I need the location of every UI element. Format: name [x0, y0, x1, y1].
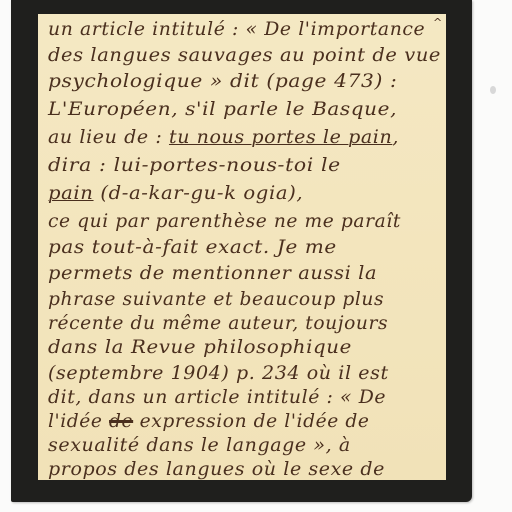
letter-line-3: psychologique » dit (page 473) : — [48, 70, 397, 92]
letter-line-10: permets de mentionner aussi la — [48, 262, 377, 284]
letter-line-7: pain (d-a-kar-gu-k ogia), — [48, 182, 303, 204]
letter-line-8: ce qui par parenthèse ne me paraît — [48, 210, 401, 232]
insertion-caret-mark: ^ — [433, 16, 442, 29]
letter-line-9: pas tout-à-fait exact. Je me — [48, 236, 337, 258]
line-5-suffix: , — [392, 126, 399, 148]
struck-out-word: de — [109, 410, 133, 432]
letter-line-6: dira : lui-portes-nous-toi le — [48, 154, 341, 176]
scanned-letter: ^ un article intitulé : « De l'importanc… — [0, 0, 512, 512]
letter-line-17: sexualité dans le langage », à — [48, 434, 351, 456]
letter-line-18: propos des langues où le sexe de — [48, 458, 385, 480]
letter-line-13: dans la Revue philosophique — [48, 336, 352, 358]
letter-paper: ^ un article intitulé : « De l'importanc… — [38, 14, 446, 480]
line-16-suffix: expression de l'idée de — [133, 410, 369, 432]
line-5-prefix: au lieu de : — [48, 126, 169, 148]
line-16-prefix: l'idée — [48, 410, 109, 432]
letter-line-16: l'idée de expression de l'idée de — [48, 410, 369, 432]
letter-line-1: un article intitulé : « De l'importance — [48, 18, 425, 40]
underlined-phrase: tu nous portes le pain — [169, 126, 392, 148]
letter-line-14: (septembre 1904) p. 234 où il est — [48, 362, 389, 384]
letter-line-4: L'Européen, s'il parle le Basque, — [48, 98, 397, 120]
line-7-suffix: (d-a-kar-gu-k ogia), — [94, 182, 304, 204]
letter-line-5: au lieu de : tu nous portes le pain, — [48, 126, 399, 148]
letter-line-11: phrase suivante et beaucoup plus — [48, 288, 384, 310]
scan-edge-speck — [490, 86, 496, 94]
underlined-word: pain — [48, 182, 94, 204]
letter-line-15: dit, dans un article intitulé : « De — [48, 386, 386, 408]
letter-line-2: des langues sauvages au point de vue — [48, 44, 441, 66]
letter-line-12: récente du même auteur, toujours — [48, 312, 388, 334]
